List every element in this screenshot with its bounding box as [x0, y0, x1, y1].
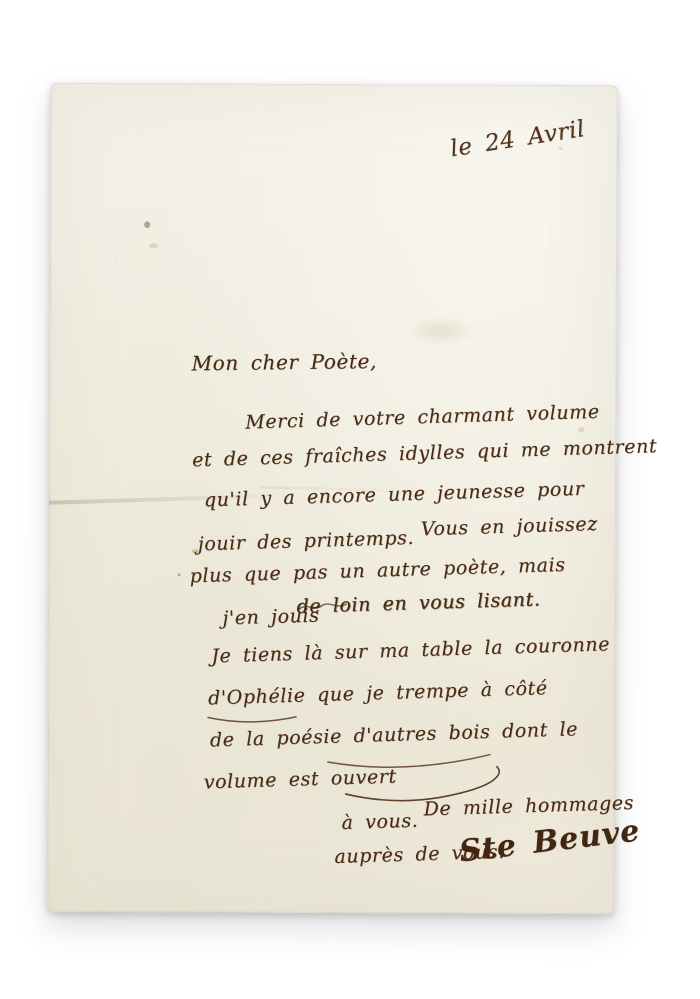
- letter-line: Vous en jouissez: [421, 513, 599, 540]
- foxing-spot: [144, 221, 150, 228]
- letter-closing: De mille hommages: [423, 792, 634, 820]
- letter-line: Merci de votre charmant volume: [245, 401, 600, 434]
- letter-salutation: Mon cher Poète,: [191, 349, 377, 375]
- letter-paper: le 24 Avril Mon cher Poète, Merci de vot…: [47, 83, 618, 914]
- letter-line-overwritten: de loin en vous lisant.: [296, 588, 541, 617]
- letter-line: qu'il y a encore une jeunesse pour: [204, 478, 585, 512]
- paper-smudge: [406, 316, 476, 346]
- letter-line: de la poésie d'autres bois dont le: [210, 718, 579, 751]
- letter-line: Je tiens là sur ma table la couronne: [211, 633, 610, 667]
- foxing-spot: [178, 573, 181, 576]
- letter-line: volume est ouvert: [203, 766, 397, 794]
- letter-closing: à vous.: [341, 810, 418, 834]
- letter-line: plus que pas un autre poète, mais: [189, 554, 566, 587]
- letter-line: jouir des printemps.: [197, 527, 414, 556]
- foxing-spot: [578, 427, 584, 432]
- photo-backdrop: le 24 Avril Mon cher Poète, Merci de vot…: [0, 0, 700, 999]
- foxing-spot: [149, 243, 158, 248]
- letter-date: le 24 Avril: [449, 116, 587, 162]
- signature: Ste Beuve: [457, 813, 642, 869]
- foxing-spot: [559, 147, 563, 150]
- letter-line: et de ces fraîches idylles qui me montre…: [192, 435, 658, 471]
- letter-line: d'Ophélie que je trempe à côté: [208, 677, 548, 709]
